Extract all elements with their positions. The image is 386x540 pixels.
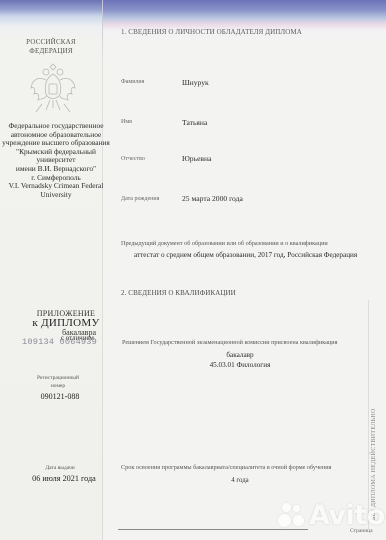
- qualification-value: бакалавр: [120, 351, 360, 359]
- previous-document-label: Предыдущий документ об образовании или о…: [121, 240, 328, 247]
- birth-date-label: Дата рождения: [121, 196, 159, 202]
- vertical-margin-line: [368, 300, 369, 530]
- specialty-value: 45.03.01 Филология: [120, 361, 360, 369]
- registration-label: Регистрационный номер: [8, 374, 108, 390]
- section2-title: 2. СВЕДЕНИЯ О КВАЛИФИКАЦИИ: [121, 289, 236, 297]
- issue-date-value: 06 июля 2021 года: [14, 474, 114, 483]
- surname-value: Шнурук: [182, 78, 209, 87]
- reg-label-line-2: номер: [8, 382, 108, 390]
- org-line: University: [2, 191, 110, 200]
- previous-document-value: аттестат о среднем общем образовании, 20…: [134, 251, 357, 259]
- russian-coat-of-arms-icon: [28, 60, 78, 116]
- issue-date-label: Дата выдачи: [10, 465, 110, 471]
- page-fold-divider: [102, 0, 103, 540]
- country-name: РОССИЙСКАЯ ФЕДЕРАЦИЯ: [0, 38, 102, 56]
- qualification-decision-label: Решением Государственной экзаменационной…: [122, 339, 337, 346]
- avito-watermark: Avito: [278, 498, 385, 532]
- patronymic-label: Отчество: [121, 156, 145, 162]
- registration-number: 090121-088: [10, 392, 110, 401]
- first-name-value: Татьяна: [182, 118, 207, 127]
- avito-watermark-text: Avito: [309, 500, 385, 531]
- study-duration-value: 4 года: [120, 477, 360, 484]
- avito-dots-icon: [278, 501, 308, 529]
- section1-title: 1. СВЕДЕНИЯ О ЛИЧНОСТИ ОБЛАДАТЕЛЯ ДИПЛОМ…: [121, 28, 302, 36]
- diploma-appendix-page: РОССИЙСКАЯ ФЕДЕРАЦИЯ Федеральное государ…: [0, 0, 386, 540]
- birth-date-value: 25 марта 2000 года: [182, 194, 243, 203]
- patronymic-value: Юрьевна: [182, 154, 211, 163]
- organization-name: Федеральное государственное автономное о…: [2, 122, 110, 199]
- country-line-2: ФЕДЕРАЦИЯ: [0, 47, 102, 56]
- country-line-1: РОССИЙСКАЯ: [0, 38, 102, 47]
- first-name-label: Имя: [121, 119, 132, 125]
- study-duration-label: Срок освоения программы бакалавриата/спе…: [121, 464, 331, 471]
- serial-number: 109134 0064939: [22, 337, 97, 347]
- surname-label: Фамилия: [121, 79, 144, 85]
- reg-label-line-1: Регистрационный: [8, 374, 108, 382]
